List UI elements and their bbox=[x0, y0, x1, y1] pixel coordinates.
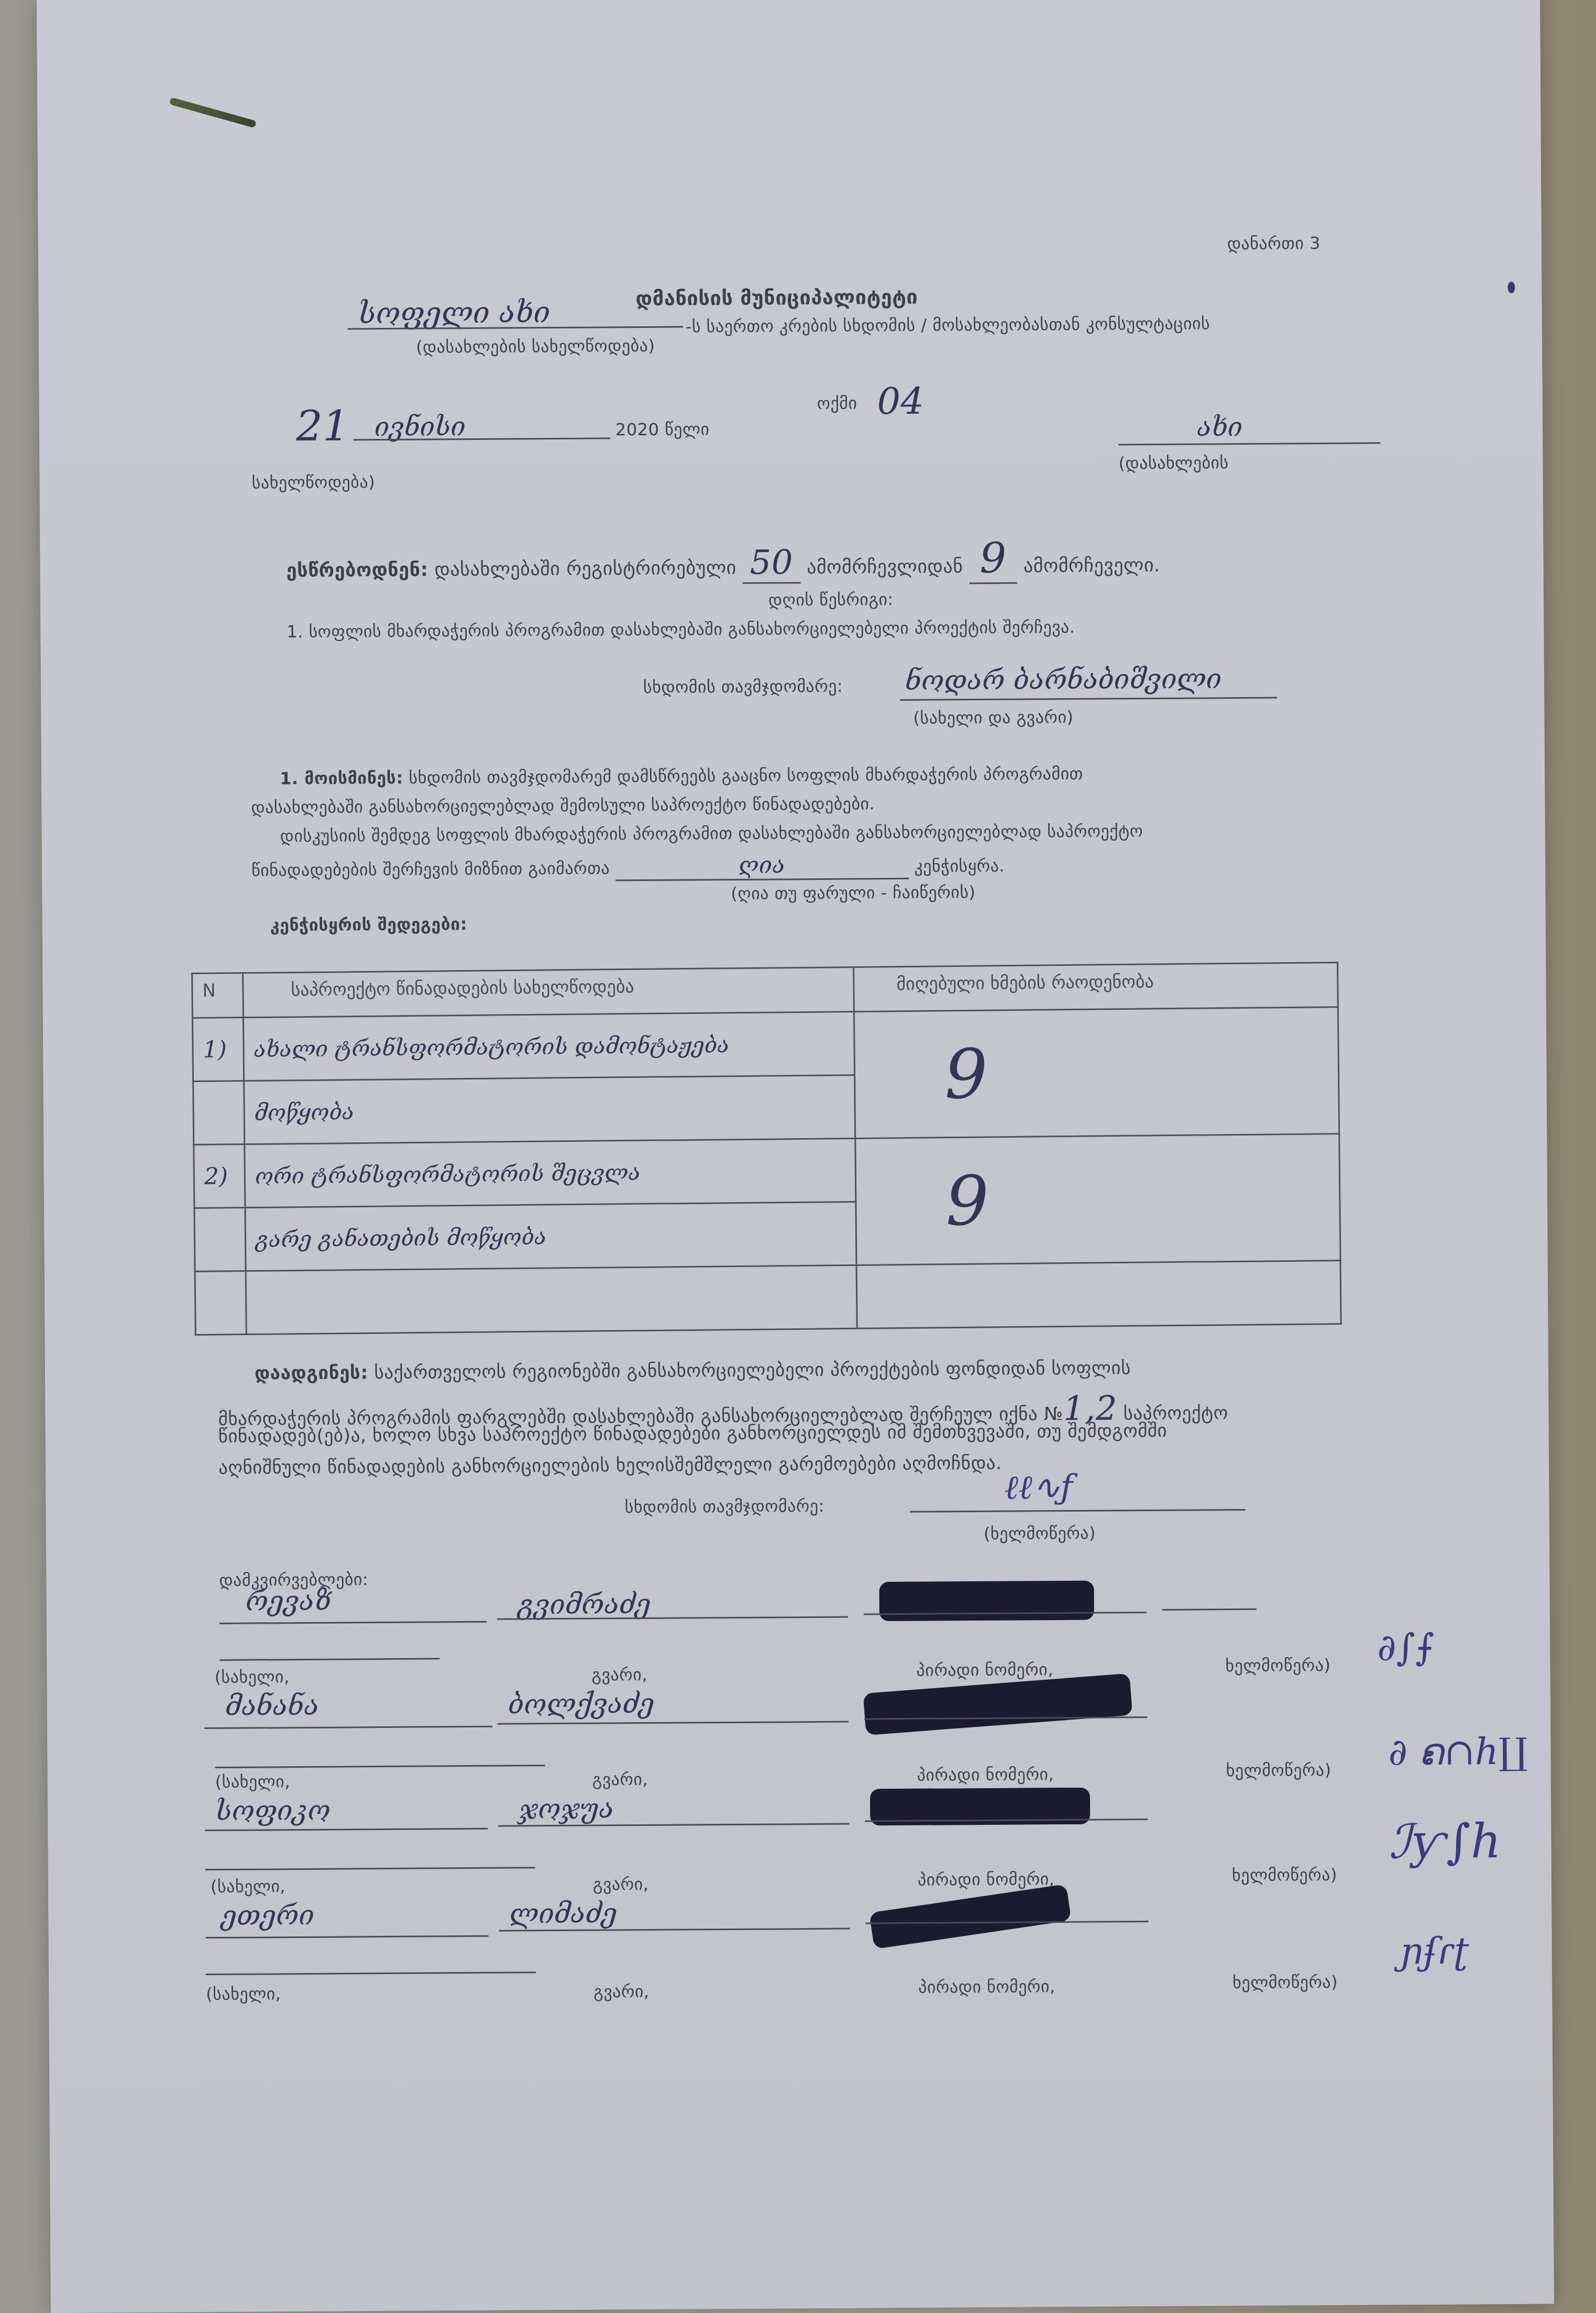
place-caption: (დასახლების bbox=[1118, 453, 1228, 473]
protocol-number: 04 bbox=[877, 380, 924, 423]
redacted-personal-number bbox=[869, 1884, 1071, 1949]
witness-last-name: გვიმრაძე bbox=[518, 1589, 651, 1621]
registered-voters: 50 bbox=[742, 543, 800, 584]
caption-personal-number: პირადი ნომერი, bbox=[916, 1659, 1053, 1680]
results-title: კენჭისყრის შედეგები: bbox=[270, 914, 467, 935]
proposal-name bbox=[246, 1265, 857, 1334]
first-name-line bbox=[205, 1828, 488, 1831]
chair-signature-caption: (ხელმოწერა) bbox=[984, 1523, 1096, 1544]
agenda-item-1: 1. სოფლის მხარდაჭერის პროგრამით დასახლებ… bbox=[287, 617, 1075, 642]
chair-signature-line bbox=[910, 1509, 1246, 1513]
proposal-name: ორი ტრანსფორმატორის შეცვლა bbox=[245, 1138, 856, 1207]
decision-line-4: აღნიშნული წინადადების განხორციელების ხელ… bbox=[218, 1453, 1002, 1479]
witness-first-name: მანანა bbox=[225, 1690, 319, 1722]
date-day: 21 bbox=[296, 401, 349, 450]
caption-personal-number: პირადი ნომერი, bbox=[918, 1869, 1055, 1890]
date-caption: სახელწოდება) bbox=[252, 472, 376, 492]
caption-signature: ხელმოწერა) bbox=[1226, 1760, 1331, 1780]
witness-first-name: ეთერი bbox=[221, 1900, 314, 1932]
table-row bbox=[195, 1261, 1341, 1335]
municipality-title: დმანისის მუნიციპალიტეტი bbox=[635, 285, 918, 310]
decision-label: დაადგინეს: bbox=[255, 1362, 368, 1384]
caption-first-name: (სახელი, bbox=[211, 1876, 285, 1897]
meeting-type-line: -ს საერთო კრების სხდომის / მოსახლეობასთა… bbox=[686, 313, 1210, 336]
place-underline bbox=[1118, 442, 1380, 445]
vote-type: ღია bbox=[615, 851, 909, 881]
caption-last-name: გვარი, bbox=[593, 1874, 649, 1895]
heard-line-1: 1. მოისმინეს: სხდომის თავმჯდომარემ დამსწ… bbox=[280, 764, 1083, 788]
heard-line-4: წინადადებების შერჩევის მიზნით გაიმართა ღ… bbox=[251, 851, 1005, 884]
column-header-number: N bbox=[192, 973, 244, 1018]
witness-first-name: სოფიკო bbox=[215, 1795, 331, 1827]
witness-first-name: რევაზ bbox=[246, 1585, 332, 1617]
heard-text-4: წინადადებების შერჩევის მიზნით გაიმართა bbox=[251, 858, 610, 880]
row-number bbox=[195, 1271, 246, 1335]
last-name-line bbox=[498, 1721, 849, 1725]
decision-text-1: საქართველოს რეგიონებში განსახორციელებელი… bbox=[374, 1358, 1131, 1383]
heard-line-3: დისკუსიის შემდეგ სოფლის მხარდაჭერის პროგ… bbox=[280, 821, 1143, 846]
table-row: 1) ახალი ტრანსფორმატორის დამონტაჟება 9 bbox=[192, 1007, 1338, 1082]
separator-line bbox=[219, 1658, 439, 1661]
caption-personal-number: პირადი ნომერი, bbox=[917, 1764, 1054, 1785]
caption-first-name: (სახელი, bbox=[214, 1667, 289, 1687]
separator-line bbox=[206, 1971, 536, 1975]
heard-label: 1. მოისმინეს: bbox=[280, 768, 403, 788]
first-name-line bbox=[204, 1726, 492, 1729]
witness-signature: ℐƴ∫ℎ bbox=[1389, 1814, 1501, 1869]
proposal-name-continued: გარე განათების მოწყობა bbox=[245, 1202, 856, 1271]
proposal-name: ახალი ტრანსფორმატორის დამონტაჟება bbox=[243, 1011, 854, 1081]
vote-count: 9 bbox=[854, 1007, 1339, 1139]
redacted-personal-number bbox=[863, 1673, 1133, 1735]
witness-last-name: ბოლქვაძე bbox=[508, 1688, 655, 1721]
chair-caption: (სახელი და გვარი) bbox=[913, 707, 1073, 728]
chair-underline bbox=[900, 697, 1277, 701]
agenda-title: დღის წესრიგი: bbox=[768, 589, 894, 610]
date-month: ივნისი bbox=[375, 411, 466, 442]
table-row: 2) ორი ტრანსფორმატორის შეცვლა 9 bbox=[194, 1134, 1340, 1208]
caption-last-name: გვარი, bbox=[591, 1665, 647, 1685]
decision-chair-label: სხდომის თავმჯდომარე: bbox=[624, 1496, 824, 1517]
separator-line bbox=[215, 1765, 545, 1768]
caption-first-name: (სახელი, bbox=[206, 1984, 281, 2004]
vote-count bbox=[856, 1261, 1341, 1329]
caption-signature: ხელმოწერა) bbox=[1225, 1655, 1330, 1676]
first-name-line bbox=[206, 1935, 489, 1938]
witness-last-name: ლიმაძე bbox=[509, 1898, 617, 1930]
vote-type-caption: (ღია თუ ფარული - ჩაიწერის) bbox=[731, 882, 975, 904]
chair-name: ნოდარ ბარნაბიშვილი bbox=[905, 663, 1222, 697]
attendance-label: ესწრებოდნენ: bbox=[287, 559, 428, 581]
caption-signature: ხელმოწერა) bbox=[1232, 1972, 1338, 1992]
settlement-name: სოფელი ახი bbox=[358, 295, 550, 331]
decision-line-1: დაადგინეს: საქართველოს რეგიონებში განსახ… bbox=[255, 1358, 1131, 1384]
column-header-votes: მიღებული ხმების რაოდენობა bbox=[854, 963, 1338, 1012]
vote-count: 9 bbox=[855, 1134, 1340, 1265]
attendance-text-middle: ამომრჩევლიდან bbox=[807, 556, 963, 578]
separator-line bbox=[205, 1867, 535, 1870]
attachment-label: დანართი 3 bbox=[1227, 233, 1320, 254]
attendance-text-before: დასახლებაში რეგისტრირებული bbox=[434, 557, 736, 581]
date-year: 2020 წელი bbox=[615, 419, 710, 439]
heard-text-5: კენჭისყრა. bbox=[914, 856, 1005, 876]
results-table: N საპროექტო წინადადების სახელწოდება მიღე… bbox=[191, 962, 1342, 1336]
row-number: 2) bbox=[194, 1144, 245, 1208]
extra-line bbox=[1162, 1609, 1257, 1611]
proposal-name-continued: მოწყობა bbox=[244, 1075, 855, 1144]
witness-signature: ɲʄɾʈ bbox=[1400, 1929, 1469, 1973]
witness-signature: ∂ ຄ∩h∐ bbox=[1388, 1730, 1528, 1774]
row-number: 1) bbox=[192, 1018, 244, 1082]
witness-last-name: ჯოჯუა bbox=[519, 1793, 614, 1825]
place-name: ახი bbox=[1197, 412, 1243, 443]
attendance-text-after: ამომრჩეველი. bbox=[1023, 555, 1160, 577]
heard-text-1: სხდომის თავმჯდომარემ დამსწრეებს გააცნო ს… bbox=[409, 764, 1083, 788]
pin-object bbox=[169, 97, 257, 128]
column-header-proposal: საპროექტო წინადადების სახელწოდება bbox=[243, 967, 854, 1017]
first-name-line bbox=[219, 1621, 487, 1624]
chair-signature: ℓℓ∿ƒ bbox=[1004, 1468, 1073, 1507]
attendance-line: ესწრებოდნენ: დასახლებაში რეგისტრირებული … bbox=[286, 533, 1160, 587]
heard-line-2: დასახლებაში განსახორციელებლად შემოსული ს… bbox=[251, 794, 875, 817]
ink-dot bbox=[1507, 282, 1515, 293]
document-page: დანართი 3 დმანისის მუნიციპალიტეტი სოფელი… bbox=[37, 0, 1554, 2313]
present-voters: 9 bbox=[969, 534, 1017, 585]
settlement-caption: (დასახლების სახელწოდება) bbox=[416, 336, 655, 357]
chair-label: სხდომის თავმჯდომარე: bbox=[643, 676, 843, 697]
caption-personal-number: პირადი ნომერი, bbox=[918, 1976, 1055, 1997]
caption-signature: ხელმოწერა) bbox=[1232, 1865, 1337, 1885]
caption-first-name: (სახელი, bbox=[215, 1771, 290, 1792]
caption-last-name: გვარი, bbox=[593, 1981, 650, 2002]
redacted-personal-number bbox=[879, 1581, 1094, 1622]
witness-signature: ∂∫⨍ bbox=[1377, 1626, 1435, 1669]
caption-last-name: გვარი, bbox=[592, 1769, 648, 1790]
protocol-label: ოქმი bbox=[817, 393, 857, 413]
